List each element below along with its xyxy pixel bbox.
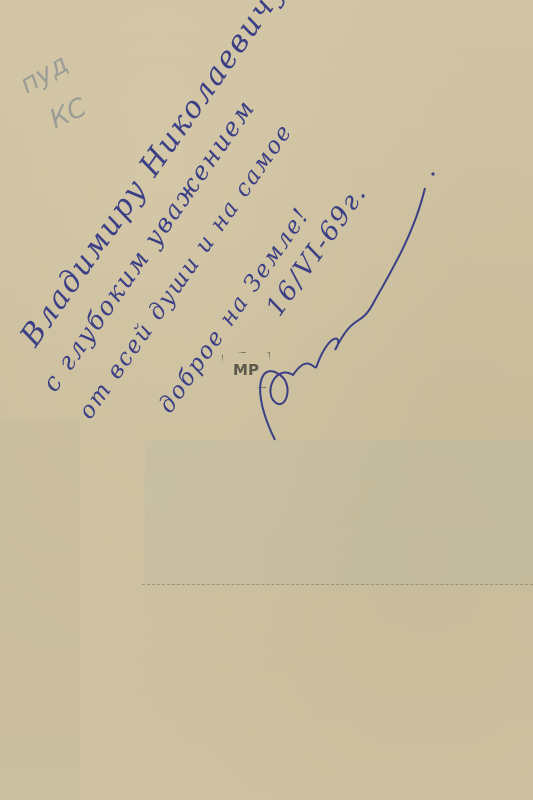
signature (255, 160, 445, 450)
pasted-area-edge (142, 584, 533, 585)
pasted-area (145, 440, 533, 585)
scan-shadow (0, 420, 80, 800)
